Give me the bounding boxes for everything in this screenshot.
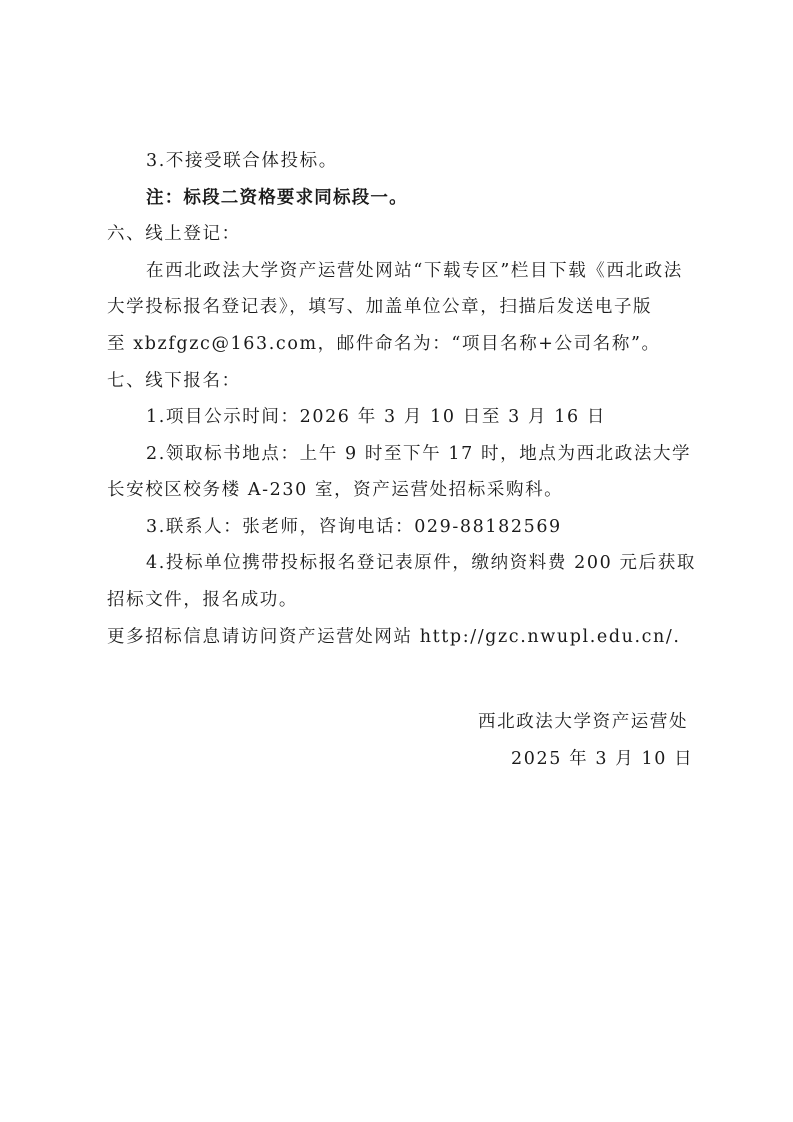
paragraph-online-registration-2: 大学投标报名登记表》，填写、加盖单位公章，扫描后发送电子版 xyxy=(107,296,652,318)
item-documents-2: 招标文件，报名成功。 xyxy=(107,589,298,611)
signature-organization: 西北政法大学资产运营处 xyxy=(478,711,688,733)
item-contact: 3.联系人：张老师，咨询电话：029-88182569 xyxy=(146,516,562,538)
item-publicity-period: 1.项目公示时间：2026 年 3 月 10 日至 3 月 16 日 xyxy=(146,406,606,428)
section-heading-online-registration: 六、线上登记： xyxy=(107,223,241,245)
item-documents-1: 4.投标单位携带投标报名登记表原件，缴纳资料费 200 元后获取 xyxy=(146,552,696,574)
paragraph-online-registration-3: 至 xbzfgzc@163.com，邮件命名为：“项目名称+公司名称”。 xyxy=(107,333,661,355)
paragraph-online-registration-1: 在西北政法大学资产运营处网站“下载专区”栏目下载《西北政法 xyxy=(146,260,683,282)
item-pickup-location-2: 长安校区校务楼 A-230 室，资产运营处招标采购科。 xyxy=(107,479,563,501)
note-lot-two: 注：标段二资格要求同标段一。 xyxy=(146,187,408,209)
more-info-line: 更多招标信息请访问资产运营处网站 http://gzc.nwupl.edu.cn… xyxy=(107,626,681,648)
item-pickup-location-1: 2.领取标书地点：上午 9 时至下午 17 时，地点为西北政法大学 xyxy=(146,443,691,465)
signature-date: 2025 年 3 月 10 日 xyxy=(511,748,693,770)
item-no-consortium: 3.不接受联合体投标。 xyxy=(146,150,338,172)
section-heading-offline-registration: 七、线下报名： xyxy=(107,370,241,392)
